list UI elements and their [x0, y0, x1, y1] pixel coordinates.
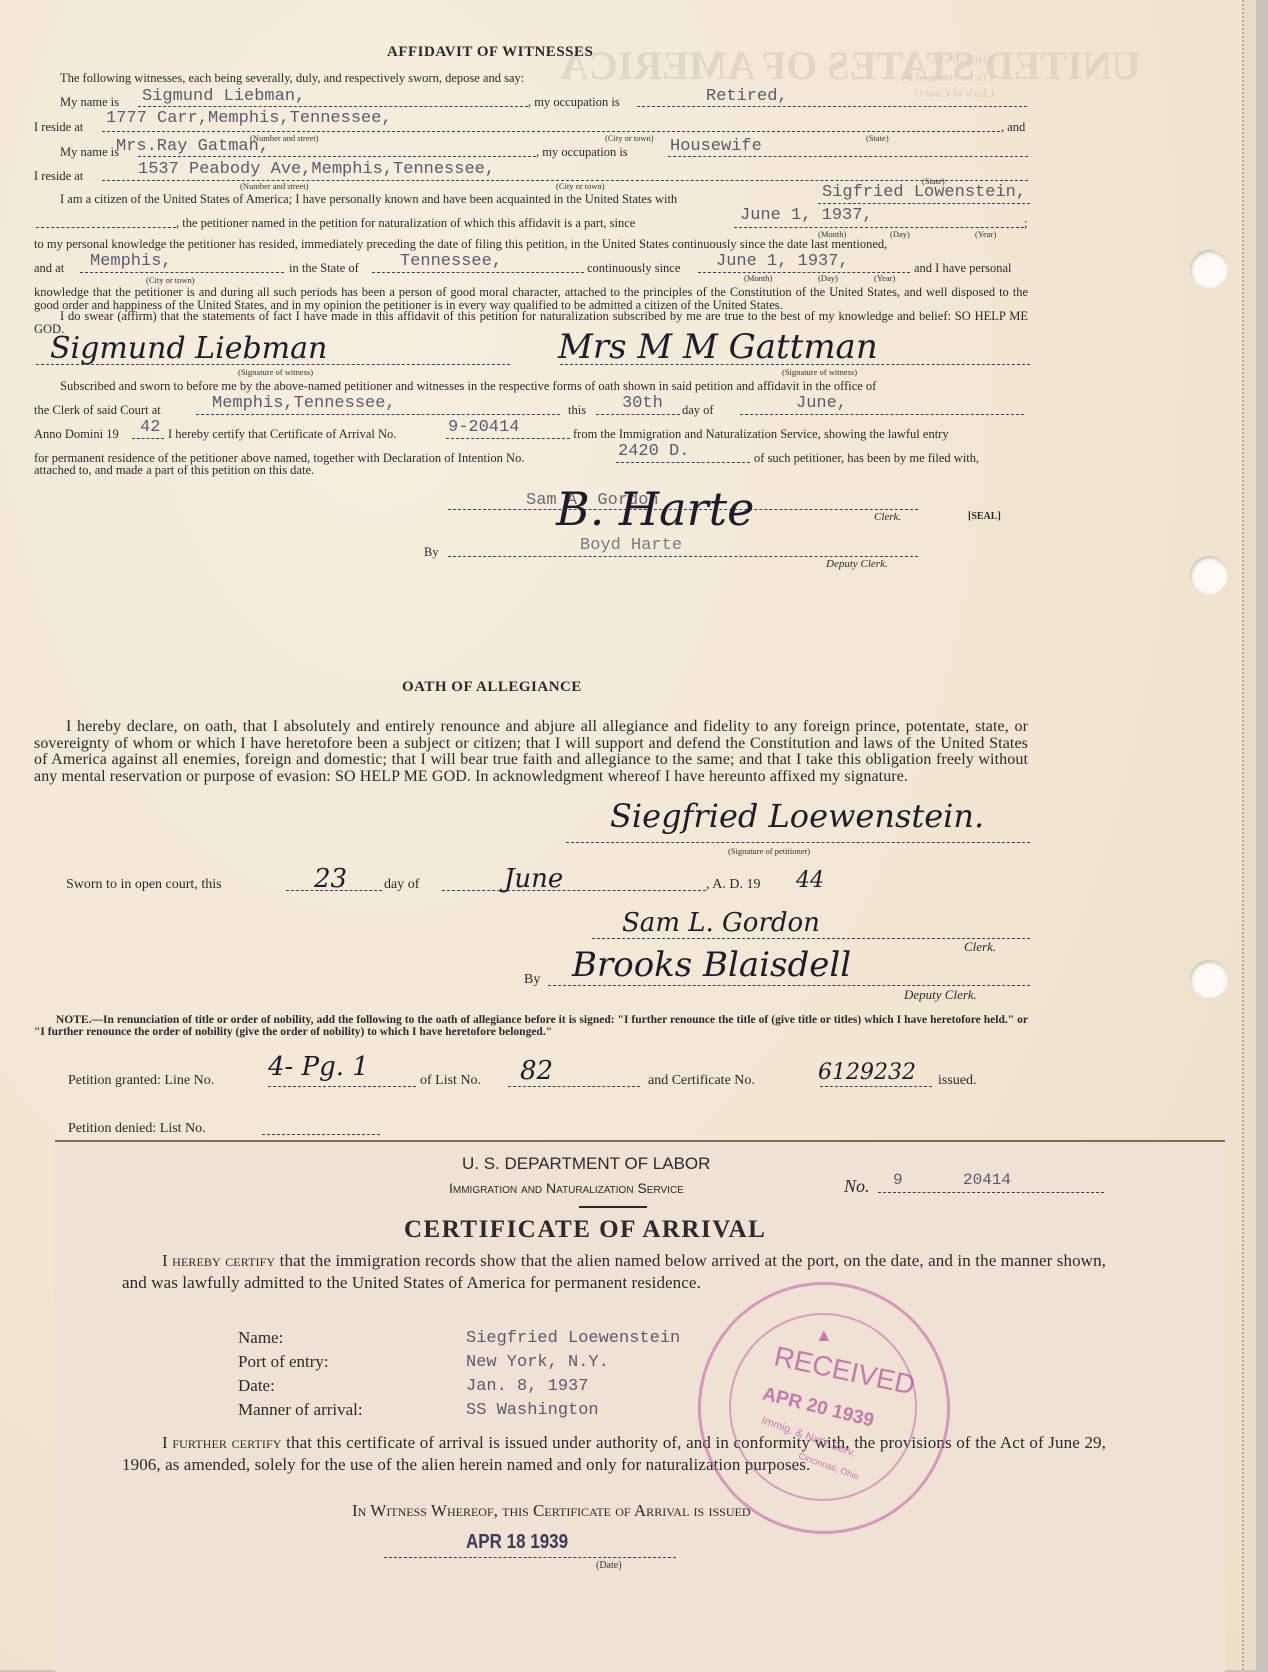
field-name-value: Siegfried Loewenstein: [466, 1330, 680, 1347]
issued-date: APR 18 1939: [466, 1532, 568, 1552]
oath-deputy-line: [548, 985, 1030, 986]
issued-date-line: [384, 1557, 676, 1558]
state-line: [372, 272, 584, 273]
witness2-signature: Mrs M M Gattman: [558, 330, 878, 364]
resided-text: to my personal knowledge the petitioner …: [34, 238, 887, 251]
filed-text: of such petitioner, has been by me filed…: [754, 452, 979, 465]
declaration-no-line: [616, 462, 750, 463]
deputy-clerk-label: Deputy Clerk.: [826, 559, 888, 570]
caption-city: (City or town): [146, 275, 195, 285]
by-label: By: [424, 546, 439, 559]
issued-label: issued.: [938, 1074, 977, 1088]
continuously-date[interactable]: June 1, 1937,: [716, 253, 849, 270]
arrival-no[interactable]: 9-20414: [448, 419, 519, 436]
subscribed-text: Subscribed and sworn to before me by the…: [60, 380, 876, 393]
nobility-note: NOTE.—In renunciation of title or order …: [34, 1014, 1028, 1038]
sworn-ad-label: , A. D. 19: [706, 878, 760, 892]
caption-number-street: (Number and street): [240, 181, 308, 191]
caption-year: (Year): [975, 229, 996, 239]
anno-year[interactable]: 42: [140, 419, 160, 436]
further-lead: I further certify: [162, 1433, 282, 1452]
from-ins-text: from the Immigration and Naturalization …: [573, 428, 949, 441]
field-date-value: Jan. 8, 1937: [466, 1378, 588, 1395]
further-paragraph: I further certify that this certificate …: [122, 1432, 1106, 1476]
caption-signature-witness: (Signature of witness): [782, 367, 857, 377]
certificate-no[interactable]: 6129232: [818, 1062, 916, 1084]
list-no-line: [508, 1086, 640, 1087]
oath-clerk-signature: Sam L. Gordon: [622, 910, 820, 936]
caption-signature-witness: (Signature of witness): [238, 367, 313, 377]
certificate-title: CERTIFICATE OF ARRIVAL: [404, 1216, 766, 1244]
witness2-name-label: My name is: [60, 146, 119, 159]
witness1-address-line: [102, 131, 1000, 132]
deputy-signature: B. Harte: [556, 486, 754, 532]
bleed-through-clerk: Clerk of Court): [915, 86, 995, 101]
residence-city[interactable]: Memphis,: [90, 253, 172, 270]
witness1-name-line: [138, 106, 528, 107]
month-line: [740, 414, 1024, 415]
document-page: UNITED STATES OF AMERICA ORIGINAL (To be…: [0, 0, 1256, 1670]
witness2-occupation-label: , my occupation is: [536, 146, 628, 159]
granted-label: Petition granted: Line No.: [68, 1074, 214, 1088]
witness2-address[interactable]: 1537 Peabody Ave,Memphis,Tennessee,: [138, 161, 495, 178]
deputy-typed-name: Boyd Harte: [580, 537, 682, 554]
witness2-name-line: [138, 156, 536, 157]
petitioner-signature: Siegfried Loewenstein.: [610, 800, 984, 832]
punch-hole: [1190, 556, 1228, 594]
day-of-label: day of: [682, 404, 714, 417]
sworn-month[interactable]: June: [504, 866, 563, 892]
witness1-occupation-line: [637, 106, 1027, 107]
city-line: [80, 272, 284, 273]
list-label: of List No.: [420, 1074, 481, 1088]
witness2-reside-label: I reside at: [34, 170, 83, 183]
witness1-reside-label: I reside at: [34, 121, 83, 134]
petitioner-signature-line: [566, 842, 1030, 843]
caption-day: (Day): [890, 229, 910, 239]
certificate-divider: [579, 1206, 647, 1208]
witness1-name[interactable]: Sigmund Liebman,: [142, 88, 305, 105]
granted-line-line: [268, 1086, 416, 1087]
granted-line[interactable]: 4- Pg. 1: [268, 1054, 369, 1080]
caption-city: (City or town): [556, 181, 605, 191]
witness1-name-label: My name is: [60, 96, 119, 109]
oath-deputy-signature: Brooks Blaisdell: [572, 948, 851, 982]
witness1-signature-line: [36, 364, 510, 365]
sworn-day-of-label: day of: [384, 878, 419, 892]
certificate-department: U. S. DEPARTMENT OF LABOR: [462, 1155, 710, 1172]
denied-line: [262, 1134, 380, 1135]
paper-edge: [1242, 0, 1256, 1670]
witness1-and: , and: [1001, 121, 1025, 134]
witness2-signature-line: [560, 364, 1030, 365]
witness1-signature: Sigmund Liebman: [50, 334, 327, 364]
petitioner-name-cont-line: [36, 227, 176, 228]
court-location[interactable]: Memphis,Tennessee,: [212, 395, 396, 412]
deputy-line: [448, 556, 918, 557]
caption-month: (Month): [744, 273, 772, 283]
caption-date: (Date): [596, 1560, 622, 1571]
affidavit-title: AFFIDAVIT OF WITNESSES: [387, 44, 593, 61]
clerk-day[interactable]: 30th: [622, 395, 663, 412]
witness2-occupation-line: [668, 156, 1028, 157]
witness2-name[interactable]: Mrs.Ray Gatman,: [116, 138, 269, 155]
witness1-address[interactable]: 1777 Carr,Memphis,Tennessee,: [106, 110, 392, 127]
certificate-no-prefix[interactable]: 9: [893, 1172, 903, 1188]
court-location-line: [196, 414, 560, 415]
petitioner-text: , the petitioner named in the petition f…: [176, 217, 635, 230]
caption-city: (City or town): [605, 133, 654, 143]
and-at-label: and at: [34, 262, 64, 275]
citizen-text: I am a citizen of the United States of A…: [60, 193, 677, 206]
field-port-value: New York, N.Y.: [466, 1354, 609, 1371]
sworn-day[interactable]: 23: [314, 866, 347, 892]
bleed-through-header: UNITED STATES OF AMERICA: [560, 42, 1140, 89]
oath-text: I hereby declare, on oath, that I absolu…: [34, 719, 1028, 785]
day-line: [596, 414, 680, 415]
list-no[interactable]: 82: [520, 1058, 553, 1084]
certify-paragraph: I hereby certify that the immigration re…: [122, 1250, 1106, 1294]
since-date-line: [734, 227, 1024, 228]
stamp-emblem-icon: ▲: [815, 1325, 833, 1346]
witness2-occupation[interactable]: Housewife: [670, 138, 762, 155]
field-name-label: Name:: [238, 1329, 283, 1346]
certificate-service: Immigration and Naturalization Service: [449, 1181, 684, 1195]
punch-hole: [1190, 960, 1228, 998]
sworn-month-line: [442, 890, 706, 891]
clerk-label: Clerk.: [874, 512, 901, 523]
certificate-label: and Certificate No.: [648, 1074, 755, 1088]
witness-whereof-text: In Witness Whereof, this Certificate of …: [352, 1502, 750, 1519]
clerk-month[interactable]: June,: [796, 395, 847, 412]
certify-lead: I hereby certify: [162, 1251, 275, 1270]
received-stamp: RECEIVED APR 20 1939 Immig. & Nat'z Serv…: [698, 1282, 950, 1534]
semicolon: ;: [1024, 217, 1027, 230]
field-date-label: Date:: [238, 1377, 275, 1394]
caption-signature-petitioner: (Signature of petitioner): [728, 846, 810, 856]
witness1-occupation-label: , my occupation is: [528, 96, 620, 109]
caption-year: (Year): [874, 273, 895, 283]
field-manner-label: Manner of arrival:: [238, 1401, 363, 1418]
declaration-no[interactable]: 2420 D.: [618, 443, 689, 460]
sworn-year[interactable]: 44: [796, 870, 824, 892]
oath-clerk-label: Clerk.: [964, 940, 996, 953]
continuously-since-label: continuously since: [587, 262, 680, 275]
this-label: this: [568, 404, 586, 417]
affidavit-intro: The following witnesses, each being seve…: [60, 72, 524, 85]
personal-text: and I have personal: [914, 262, 1012, 275]
arrival-no-line: [446, 438, 570, 439]
witness1-occupation[interactable]: Retired,: [706, 88, 788, 105]
field-manner-value: SS Washington: [466, 1402, 599, 1419]
certificate-no-label: No.: [844, 1177, 870, 1195]
bleed-through-retained: (To be retained by: [900, 70, 993, 85]
since-date[interactable]: June 1, 1937,: [740, 207, 873, 224]
oath-deputy-label: Deputy Clerk.: [904, 988, 977, 1001]
oath-by-label: By: [524, 973, 540, 987]
residence-state[interactable]: Tennessee,: [400, 253, 502, 270]
in-state-of-label: in the State of: [289, 262, 359, 275]
bleed-through-original: ORIGINAL: [930, 52, 992, 67]
punch-hole: [1190, 250, 1228, 288]
certify-label: I hereby certify that Certificate of Arr…: [168, 428, 396, 441]
sworn-label: Sworn to in open court, this: [66, 878, 222, 892]
field-port-label: Port of entry:: [238, 1353, 329, 1370]
anno-line: [132, 438, 164, 439]
oath-title: OATH OF ALLEGIANCE: [402, 679, 582, 696]
seal-label: [SEAL]: [968, 512, 1001, 522]
anno-label: Anno Domini 19: [34, 428, 119, 441]
caption-state: (State): [866, 133, 889, 143]
denied-label: Petition denied: List No.: [68, 1122, 206, 1136]
petitioner-name-line: [818, 203, 1030, 204]
certificate-no-value[interactable]: 20414: [963, 1172, 1011, 1188]
attached-text: attached to, and made a part of this pet…: [34, 464, 314, 477]
certificate-no-line: [820, 1086, 932, 1087]
certificate-no-line: [878, 1192, 1104, 1193]
petitioner-name[interactable]: Sigfried Lowenstein,: [822, 184, 1026, 201]
caption-day: (Day): [818, 273, 838, 283]
clerk-court-label: the Clerk of said Court at: [34, 404, 161, 417]
